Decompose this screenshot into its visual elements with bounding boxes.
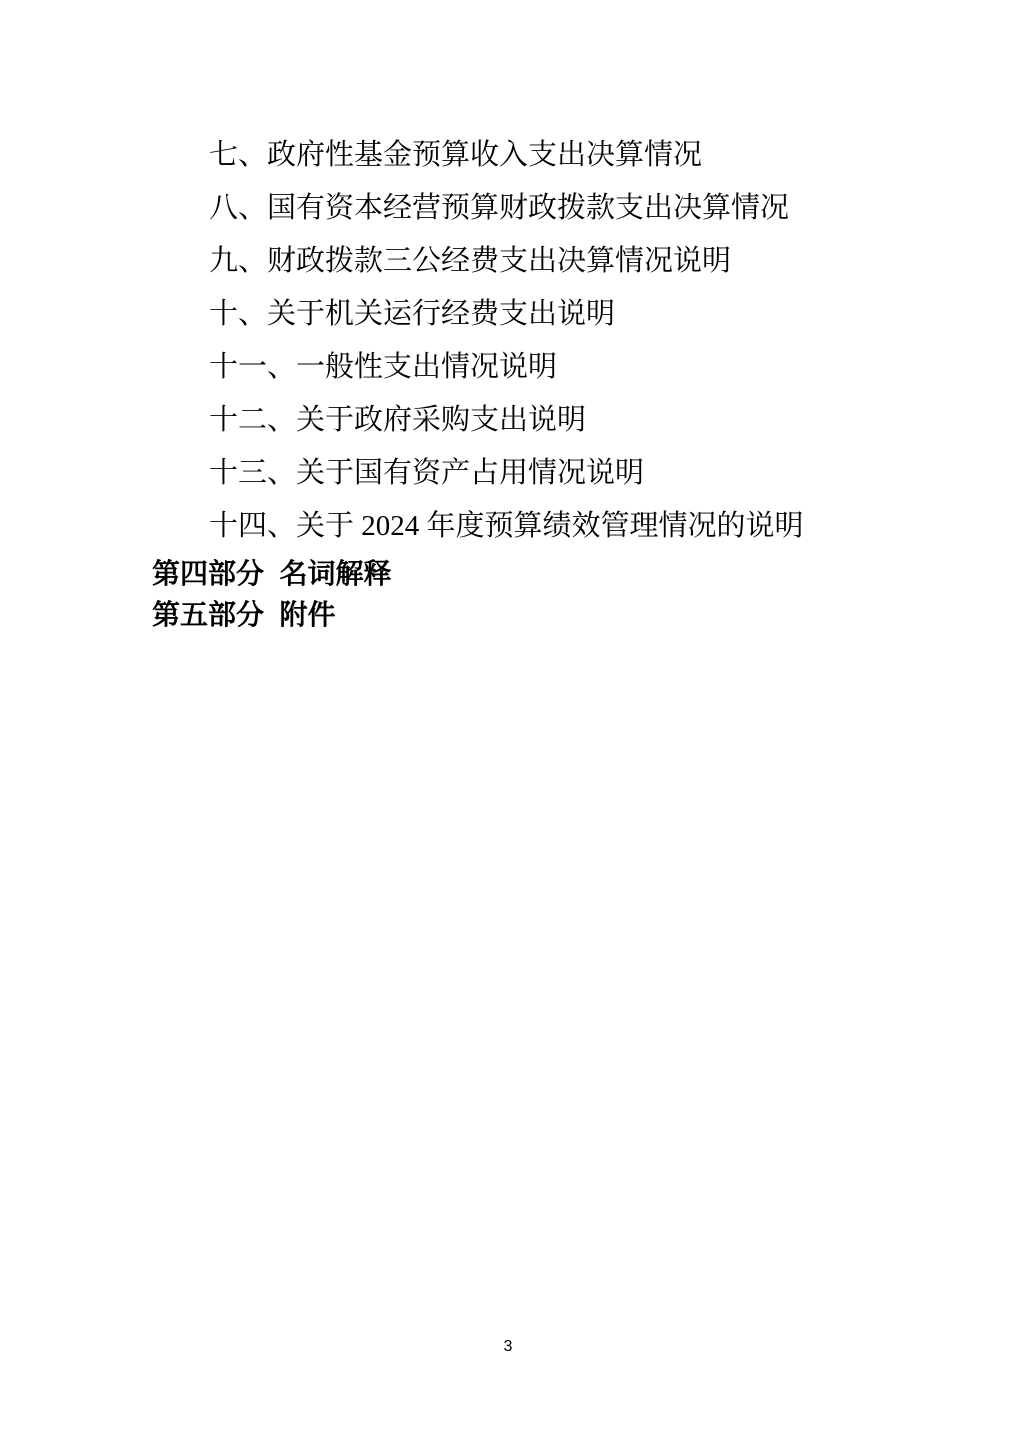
document-page: 七、政府性基金预算收入支出决算情况 八、国有资本经营预算财政拨款支出决算情况 九… bbox=[0, 0, 1016, 1440]
toc-item: 十一、一般性支出情况说明 bbox=[152, 341, 886, 394]
toc-item: 七、政府性基金预算收入支出决算情况 bbox=[152, 129, 886, 182]
part-heading: 第五部分 附件 bbox=[152, 594, 886, 635]
toc-item: 十、关于机关运行经费支出说明 bbox=[152, 288, 886, 341]
toc-item: 十四、关于 2024 年度预算绩效管理情况的说明 bbox=[152, 500, 886, 553]
part-heading: 第四部分 名词解释 bbox=[152, 553, 886, 594]
toc-item: 十三、关于国有资产占用情况说明 bbox=[152, 447, 886, 500]
toc-item: 十二、关于政府采购支出说明 bbox=[152, 394, 886, 447]
toc-item: 八、国有资本经营预算财政拨款支出决算情况 bbox=[152, 182, 886, 235]
table-of-contents: 七、政府性基金预算收入支出决算情况 八、国有资本经营预算财政拨款支出决算情况 九… bbox=[152, 129, 886, 635]
toc-item: 九、财政拨款三公经费支出决算情况说明 bbox=[152, 235, 886, 288]
page-number: 3 bbox=[0, 1338, 1016, 1356]
